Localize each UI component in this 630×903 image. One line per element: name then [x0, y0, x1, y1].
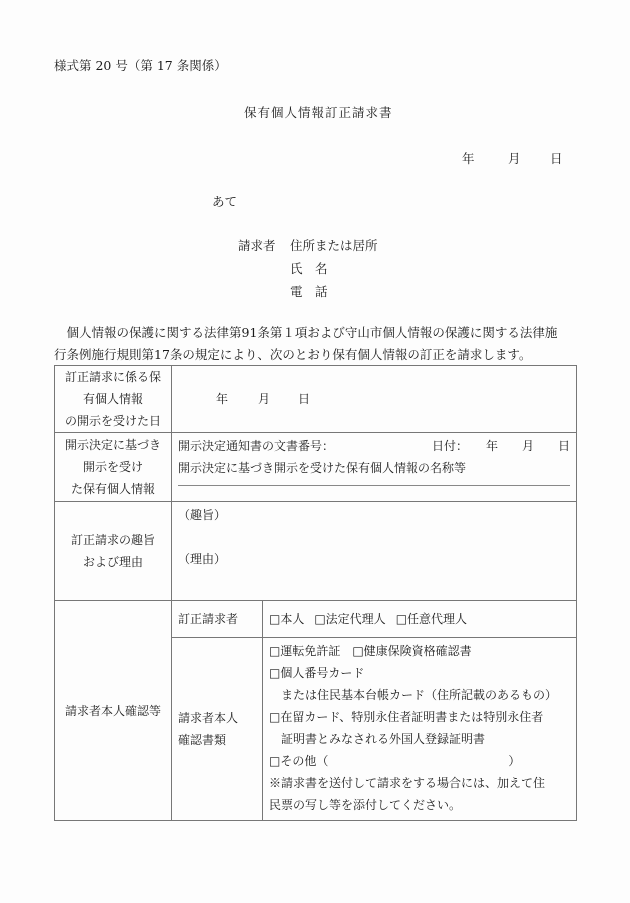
- mail-note-line-2: 民票の写し等を添付してください。: [269, 794, 570, 816]
- date-month: 月: [508, 149, 550, 167]
- addressee: あて: [212, 192, 237, 210]
- decision-year: 年: [486, 435, 522, 457]
- checkbox-residence-card[interactable]: □在留カード、特別永住者証明書または特別永住者: [269, 706, 570, 728]
- date-year: 年: [462, 149, 508, 167]
- requester-label: 請求者: [238, 236, 276, 254]
- documents-options: □運転免許証 □健康保険資格確認書 □個人番号カード または住民基本台帳カード（…: [263, 638, 577, 821]
- intro-line-1: 個人情報の保護に関する法律第91条第１項および守山市個人情報の保護に関する法律施: [54, 322, 576, 344]
- row-disclosure-date: 訂正請求に係る保 有個人情報 の開示を受けた日 年月日: [55, 366, 577, 433]
- info-name-label: 開示決定に基づき開示を受けた保有個人情報の名称等: [178, 457, 570, 479]
- checkbox-license-insurance[interactable]: □運転免許証 □健康保険資格確認書: [269, 640, 570, 662]
- disclosure-year: 年: [216, 388, 258, 410]
- request-date[interactable]: 年月日: [462, 149, 563, 167]
- form-number: 様式第 20 号（第 17 条関係）: [54, 56, 227, 74]
- requester-address-field[interactable]: 住所または居所: [290, 236, 378, 254]
- my-number-alt-text: または住民基本台帳カード（住所記載のあるもの）: [269, 684, 570, 706]
- decision-day: 日: [558, 439, 570, 453]
- reason-field[interactable]: （趣旨） （理由）: [172, 502, 577, 601]
- row-reason: 訂正請求の趣旨 および理由 （趣旨） （理由）: [55, 502, 577, 601]
- requester-type-label: 訂正請求者: [172, 601, 263, 638]
- checkbox-voluntary-agent[interactable]: □任意代理人: [396, 612, 467, 626]
- date-day: 日: [550, 149, 563, 167]
- decision-date-label: 日付：: [432, 439, 468, 453]
- reason-label: 訂正請求の趣旨 および理由: [55, 502, 172, 601]
- identity-label: 請求者本人確認等: [55, 601, 172, 821]
- info-name-underline[interactable]: [178, 485, 570, 486]
- purpose-label: （趣旨）: [178, 504, 570, 526]
- intro-line-2: 行条例施行規則第17条の規定により、次のとおり保有個人情報の訂正を請求します。: [54, 344, 576, 366]
- checkbox-my-number-card[interactable]: □個人番号カード: [269, 662, 570, 684]
- disclosure-date-field[interactable]: 年月日: [172, 366, 577, 433]
- requester-type-options: □本人□法定代理人□任意代理人: [263, 601, 577, 638]
- row-disclosed-info: 開示決定に基づき 開示を受け た保有個人情報 開示決定通知書の文書番号： 日付：…: [55, 433, 577, 502]
- row-requester-type: 請求者本人確認等 訂正請求者 □本人□法定代理人□任意代理人: [55, 601, 577, 638]
- disclosure-date-label: 訂正請求に係る保 有個人情報 の開示を受けた日: [55, 366, 172, 433]
- doc-number-label: 開示決定通知書の文書番号：: [178, 435, 334, 457]
- requester-phone-field[interactable]: 電 話: [290, 282, 328, 300]
- mail-note-line-1: ※請求書を送付して請求をする場合には、加えて住: [269, 772, 570, 794]
- document-title: 保有個人情報訂正請求書: [244, 103, 393, 121]
- disclosure-day: 日: [298, 388, 310, 410]
- checkbox-other[interactable]: □その他（ ）: [269, 750, 570, 772]
- checkbox-self[interactable]: □本人: [269, 612, 304, 626]
- requester-name-field[interactable]: 氏 名: [290, 259, 328, 277]
- intro-paragraph: 個人情報の保護に関する法律第91条第１項および守山市個人情報の保護に関する法律施…: [54, 322, 576, 366]
- documents-label: 請求者本人 確認書類: [172, 638, 263, 821]
- disclosed-info-label: 開示決定に基づき 開示を受け た保有個人情報: [55, 433, 172, 502]
- disclosure-month: 月: [258, 388, 298, 410]
- request-form-table: 訂正請求に係る保 有個人情報 の開示を受けた日 年月日 開示決定に基づき 開示を…: [54, 365, 577, 821]
- reason-sub-label: （理由）: [178, 548, 570, 570]
- checkbox-legal-agent[interactable]: □法定代理人: [314, 612, 385, 626]
- decision-month: 月: [522, 435, 558, 457]
- disclosed-info-field[interactable]: 開示決定通知書の文書番号： 日付：年月日 開示決定に基づき開示を受けた保有個人情…: [172, 433, 577, 502]
- residence-card-cont: 証明書とみなされる外国人登録証明書: [269, 728, 570, 750]
